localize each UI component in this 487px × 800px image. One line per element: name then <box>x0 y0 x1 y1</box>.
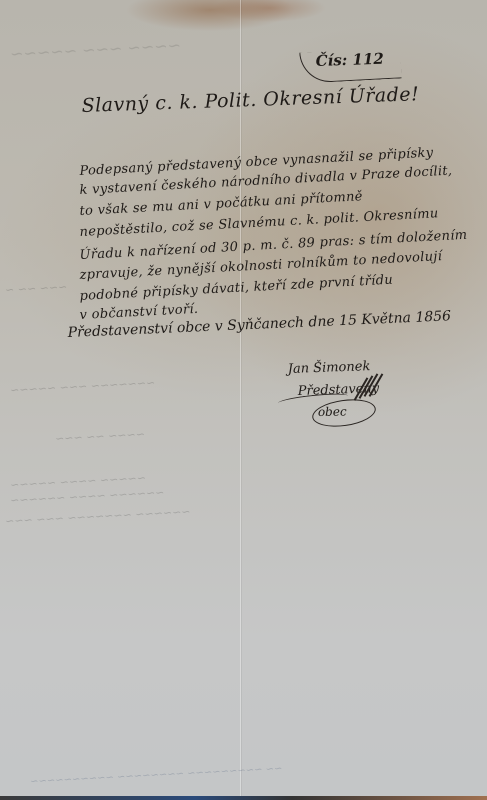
bleed-through-text: ~~~ ~~ ~ <box>5 280 68 296</box>
reference-number: Čís: 112 <box>315 50 384 70</box>
bleed-through-text: ~~~~~~~ ~~~ ~~~~~ <box>10 376 156 397</box>
paper-fold-line <box>240 0 241 800</box>
bleed-through-text: ~~ ~~~~~~~~~ ~~~~~~~~ ~~~~~~~~~~ <box>30 763 283 787</box>
document-page: ~~~~ ~~~ ~~~~~ ~~~ ~~ ~ ~~~~~~~ ~~~ ~~~~… <box>0 0 487 800</box>
signature-obec: obec <box>318 405 347 419</box>
salutation: Slavný c. k. Polit. Okresní Úřade! <box>81 83 419 117</box>
scan-bottom-edge <box>0 796 487 800</box>
bleed-through-text: ~~~~ ~~ ~~~ <box>55 428 146 446</box>
bleed-through-text: ~~~~~~ ~~~~~~~ ~~~ ~~~ <box>5 505 191 528</box>
signature-name: Jan Šimonek <box>287 359 370 377</box>
bleed-through-text: ~~~~ ~~~ ~~~~~ <box>10 36 182 64</box>
